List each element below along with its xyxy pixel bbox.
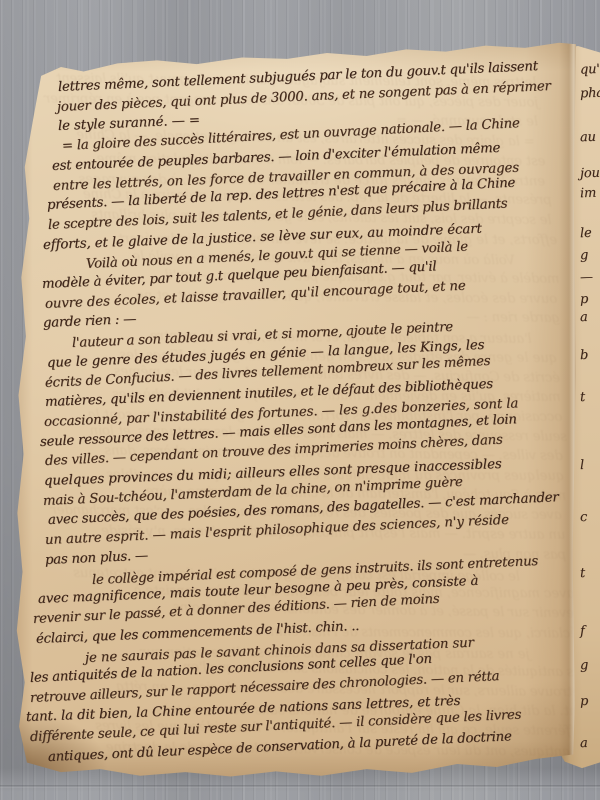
second-page-fragment: le — [580, 226, 592, 241]
photo-canvas: { "scene": { "surface_color": "#96989d",… — [0, 0, 600, 800]
manuscript-line: garde rien : — — [43, 312, 137, 331]
second-page-fragment: g — [580, 248, 589, 263]
second-page-fragment: pha — [580, 86, 600, 102]
second-page-fragment: g — [580, 658, 589, 673]
manuscript-line: pas non plus. — — [45, 548, 149, 567]
manuscript-page: lettres même, sont tellement subjugués p… — [10, 42, 576, 778]
second-page-fragment: a — [580, 310, 588, 325]
second-page-fragment: t — [580, 566, 586, 581]
second-page-fragment: t — [580, 390, 586, 405]
second-page-fragment: im — [580, 186, 597, 202]
second-page-fragment: b — [580, 348, 589, 363]
second-page-fragment: a — [580, 736, 588, 751]
second-page-fragment: au — [580, 130, 596, 146]
manuscript-line: le style suranné. — = — [58, 113, 201, 134]
second-page-fragment: qu'ils — [580, 61, 600, 77]
manuscript-text: lettres même, sont tellement subjugués p… — [30, 42, 576, 778]
second-page-fragment: c — [580, 510, 588, 525]
second-page-fragment: p — [580, 292, 589, 307]
second-page-fragment: l — [580, 458, 584, 473]
second-page-fragment: f — [580, 624, 585, 639]
table-seam — [0, 785, 600, 788]
second-page-fragment: jou — [580, 166, 600, 182]
second-page-fragment: — — [580, 270, 593, 285]
second-page-fragment: p — [580, 694, 589, 709]
